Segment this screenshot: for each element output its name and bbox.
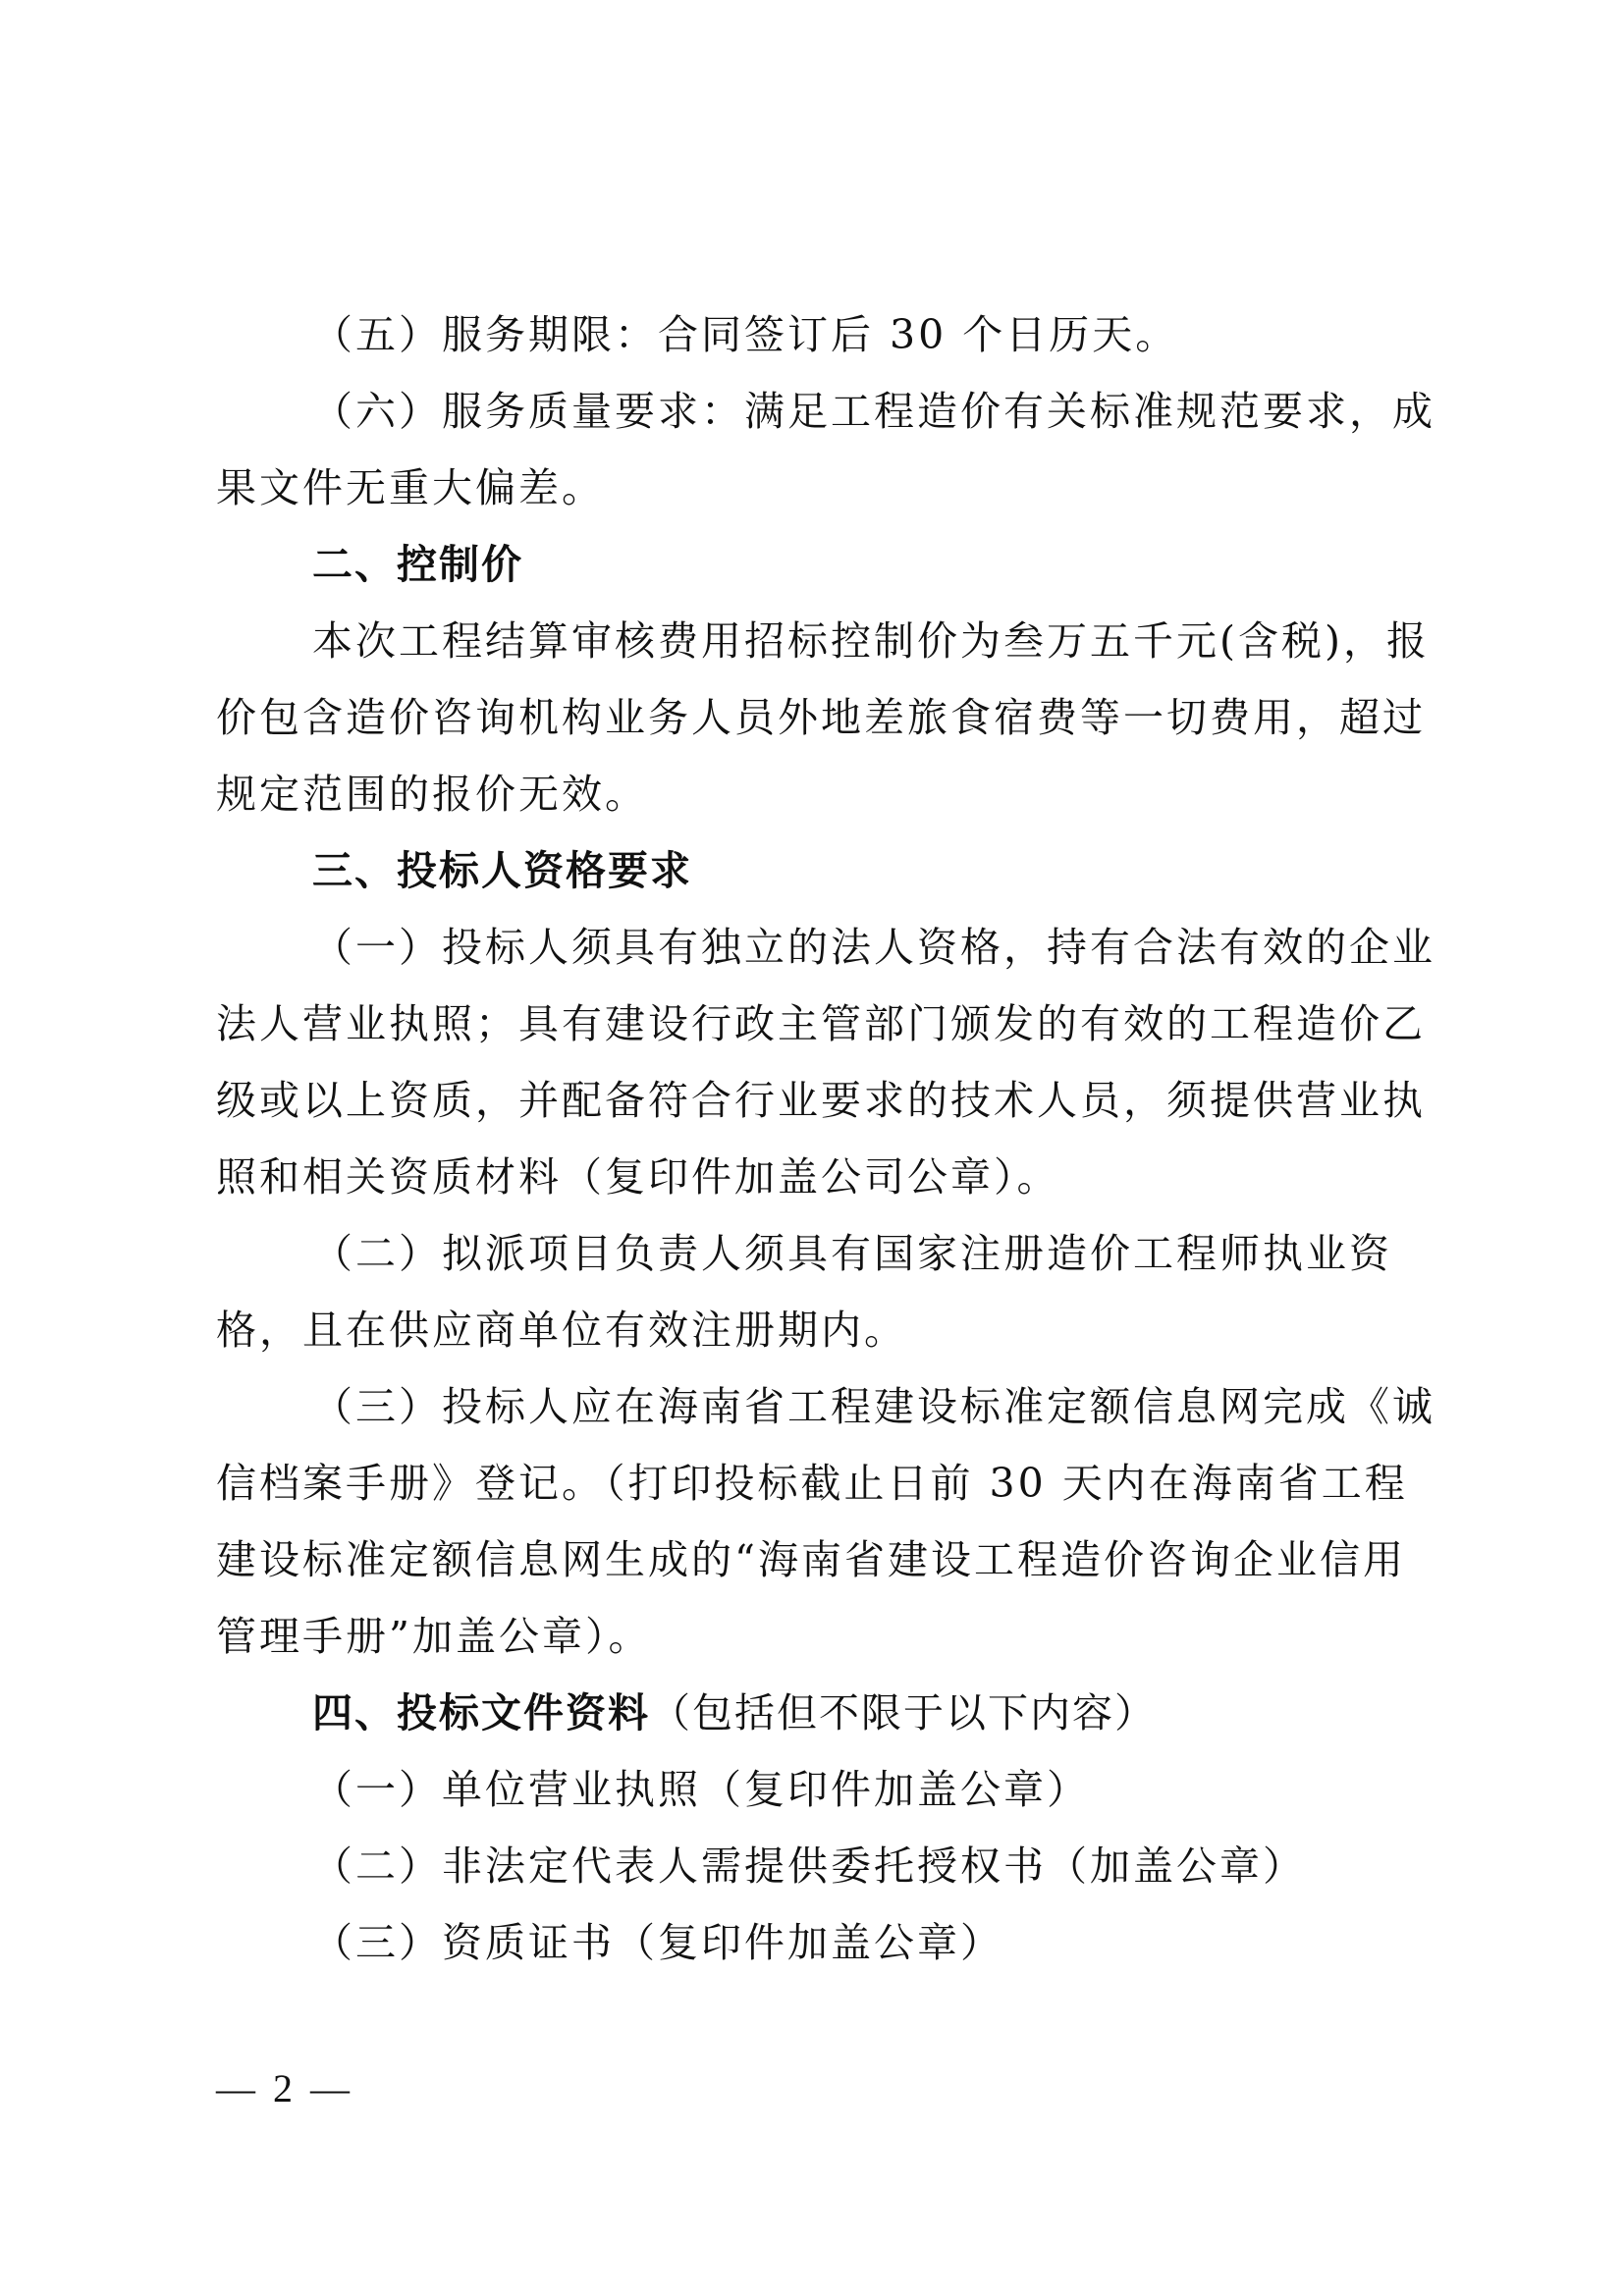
document-page: （五）服务期限：合同签订后 30 个日历天。 （六）服务质量要求：满足工程造价有… — [0, 0, 1624, 2296]
qualification-item-1-line-3: 级或以上资质，并配备符合行业要求的技术人员，须提供营业执 — [216, 1062, 1434, 1139]
control-price-paragraph-line-2: 价包含造价咨询机构业务人员外地差旅食宿费等一切费用，超过 — [216, 679, 1434, 756]
section-heading-control-price: 二、控制价 — [312, 526, 1530, 603]
qualification-item-3-line-1: （三）投标人应在海南省工程建设标准定额信息网完成《诚 — [312, 1368, 1530, 1445]
qualification-item-3-line-4: 管理手册”加盖公章）。 — [216, 1598, 1434, 1675]
qualification-item-2-line-1: （二）拟派项目负责人须具有国家注册造价工程师执业资 — [312, 1215, 1530, 1292]
section-heading-bid-documents: 四、投标文件资料（包括但不限于以下内容） — [312, 1675, 1530, 1751]
service-quality-line: （六）服务质量要求：满足工程造价有关标准规范要求，成 — [312, 373, 1530, 450]
qualification-item-3-line-3: 建设标准定额信息网生成的“海南省建设工程造价咨询企业信用 — [216, 1522, 1434, 1598]
qualification-item-1-line-2: 法人营业执照；具有建设行政主管部门颁发的有效的工程造价乙 — [216, 986, 1434, 1062]
control-price-paragraph-line-1: 本次工程结算审核费用招标控制价为叁万五千元(含税)，报 — [312, 603, 1530, 679]
bid-documents-heading-note: （包括但不限于以下内容） — [650, 1689, 1157, 1736]
service-period-line: （五）服务期限：合同签订后 30 个日历天。 — [312, 296, 1530, 373]
qualification-item-2-line-2: 格，且在供应商单位有效注册期内。 — [216, 1292, 1434, 1368]
bid-document-item-1: （一）单位营业执照（复印件加盖公章） — [312, 1751, 1530, 1828]
qualification-item-1-line-4: 照和相关资质材料（复印件加盖公司公章）。 — [216, 1139, 1434, 1215]
page-number: — 2 — — [216, 2059, 353, 2118]
bid-documents-heading-text: 四、投标文件资料 — [312, 1689, 650, 1736]
control-price-paragraph-line-3: 规定范围的报价无效。 — [216, 756, 1434, 832]
qualification-item-1-line-1: （一）投标人须具有独立的法人资格，持有合法有效的企业 — [312, 909, 1530, 986]
bid-document-item-3: （三）资质证书（复印件加盖公章） — [312, 1904, 1530, 1981]
bid-document-item-2: （二）非法定代表人需提供委托授权书（加盖公章） — [312, 1828, 1530, 1904]
section-heading-bidder-qualification: 三、投标人资格要求 — [312, 832, 1530, 909]
qualification-item-3-line-2: 信档案手册》登记。（打印投标截止日前 30 天内在海南省工程 — [216, 1445, 1434, 1522]
service-quality-continuation: 果文件无重大偏差。 — [216, 450, 1434, 526]
